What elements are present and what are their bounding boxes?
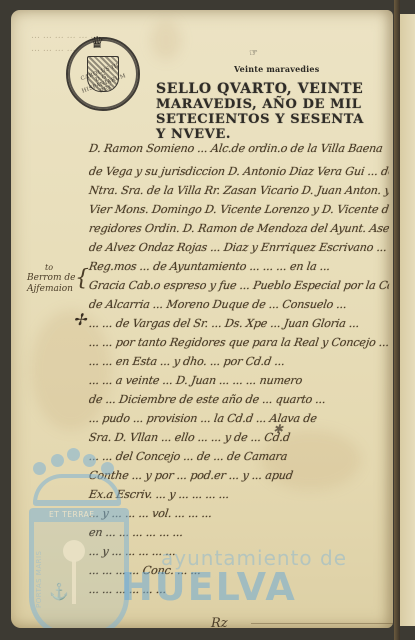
handwritten-line: ... y ... ... ... vol. ... ... ... (88, 504, 391, 523)
ink-blot: ✢ (73, 310, 86, 329)
handwritten-line: Reg.mos ... de Ayuntamiento ... ... ... … (88, 257, 391, 276)
handwritten-body: D. Ramon Somieno ... Alc.de ordin.o de l… (89, 136, 389, 599)
stamp-line: SETECIENTOS Y SESENTA (156, 112, 364, 127)
closing-rule (251, 623, 393, 624)
manuscript-page: … … … … … … … … … … ♛ CAROLUS III D.G. H… (11, 10, 393, 628)
crest-shield-icon (29, 508, 129, 628)
crest-motto-side: PORTAS MARIS (35, 528, 43, 608)
handwritten-line: ... ... de Vargas del Sr. ... Ds. Xpe ..… (88, 314, 391, 333)
handwritten-line: Gracia Cab.o espreso y fue ... Pueblo Es… (88, 276, 391, 295)
handwritten-line: ... ... a veinte ... D. Juan ... ... ...… (88, 371, 391, 390)
stamp-caption: Veinte maravedies (234, 64, 319, 74)
handwritten-line: de ... Diciembre de este año de ... quar… (88, 390, 391, 409)
ink-blot: ✱ (273, 422, 283, 436)
handwritten-line: ... ... por tanto Regidores que para la … (88, 333, 391, 352)
stamp-line: MARAVEDIS, AÑO DE MIL (156, 97, 362, 112)
handwritten-line: de Alvez Ondaz Rojas ... Diaz y Enrrique… (88, 238, 391, 257)
huelva-crest-watermark: ET TERRAE PORTAS MARIS ⚓ (19, 448, 127, 628)
pointing-hand-icon: ☞ (249, 48, 258, 59)
watermark-text-huelva: HUELVA (121, 565, 297, 609)
handwritten-line: Conthe ... y por ... pod.er ... y ... ap… (88, 466, 391, 485)
handwritten-line: Sra. D. Vllan ... ello ... ... y de ... … (88, 428, 391, 447)
handwritten-line: Ex.a Escriv. ... y ... ... ... ... (88, 485, 391, 504)
handwritten-line: ... pudo ... provision ... la Cd.d ... A… (88, 409, 391, 428)
handwritten-line: D. Ramon Somieno ... Alc.de ordin.o de l… (87, 136, 391, 162)
handwritten-line: ... ... del Concejo ... de ... de Camara (88, 447, 391, 466)
crest-crown-icon (33, 474, 121, 506)
handwritten-line: regidores Ordin. D. Ramon de Mendoza del… (88, 219, 391, 238)
brace-mark: { (75, 266, 89, 291)
key-stem (72, 560, 76, 604)
handwritten-line: de Vega y su jurisdiccion D. Antonio Dia… (88, 162, 391, 181)
key-icon (63, 540, 85, 562)
stamp-line: SELLO QVARTO, VEINTE (156, 81, 363, 97)
handwritten-line: Vier Mons. Domingo D. Vicente Lorenzo y … (88, 200, 391, 219)
handwritten-line: Ntra. Sra. de la Villa Rr. Zasan Vicario… (88, 181, 391, 200)
handwritten-line: ... ... en Esta ... y dho. ... por Cd.d … (88, 352, 391, 371)
royal-seal: ♛ CAROLUS III D.G. HISPANIARUM REX (66, 37, 140, 111)
crest-motto-top: ET TERRAE (49, 510, 95, 519)
adjacent-page-edge (400, 14, 415, 626)
bleed-through-line: … … … … … … (31, 30, 351, 43)
crown-icon: ♛ (90, 33, 104, 52)
handwritten-line: en ... ... ... ... ... ... (88, 523, 391, 542)
signature-flourish: Rz (211, 616, 228, 628)
anchor-icon: ⚓ (49, 582, 69, 601)
handwritten-line: de Alcarria ... Moreno Duque de ... Cons… (88, 295, 391, 314)
